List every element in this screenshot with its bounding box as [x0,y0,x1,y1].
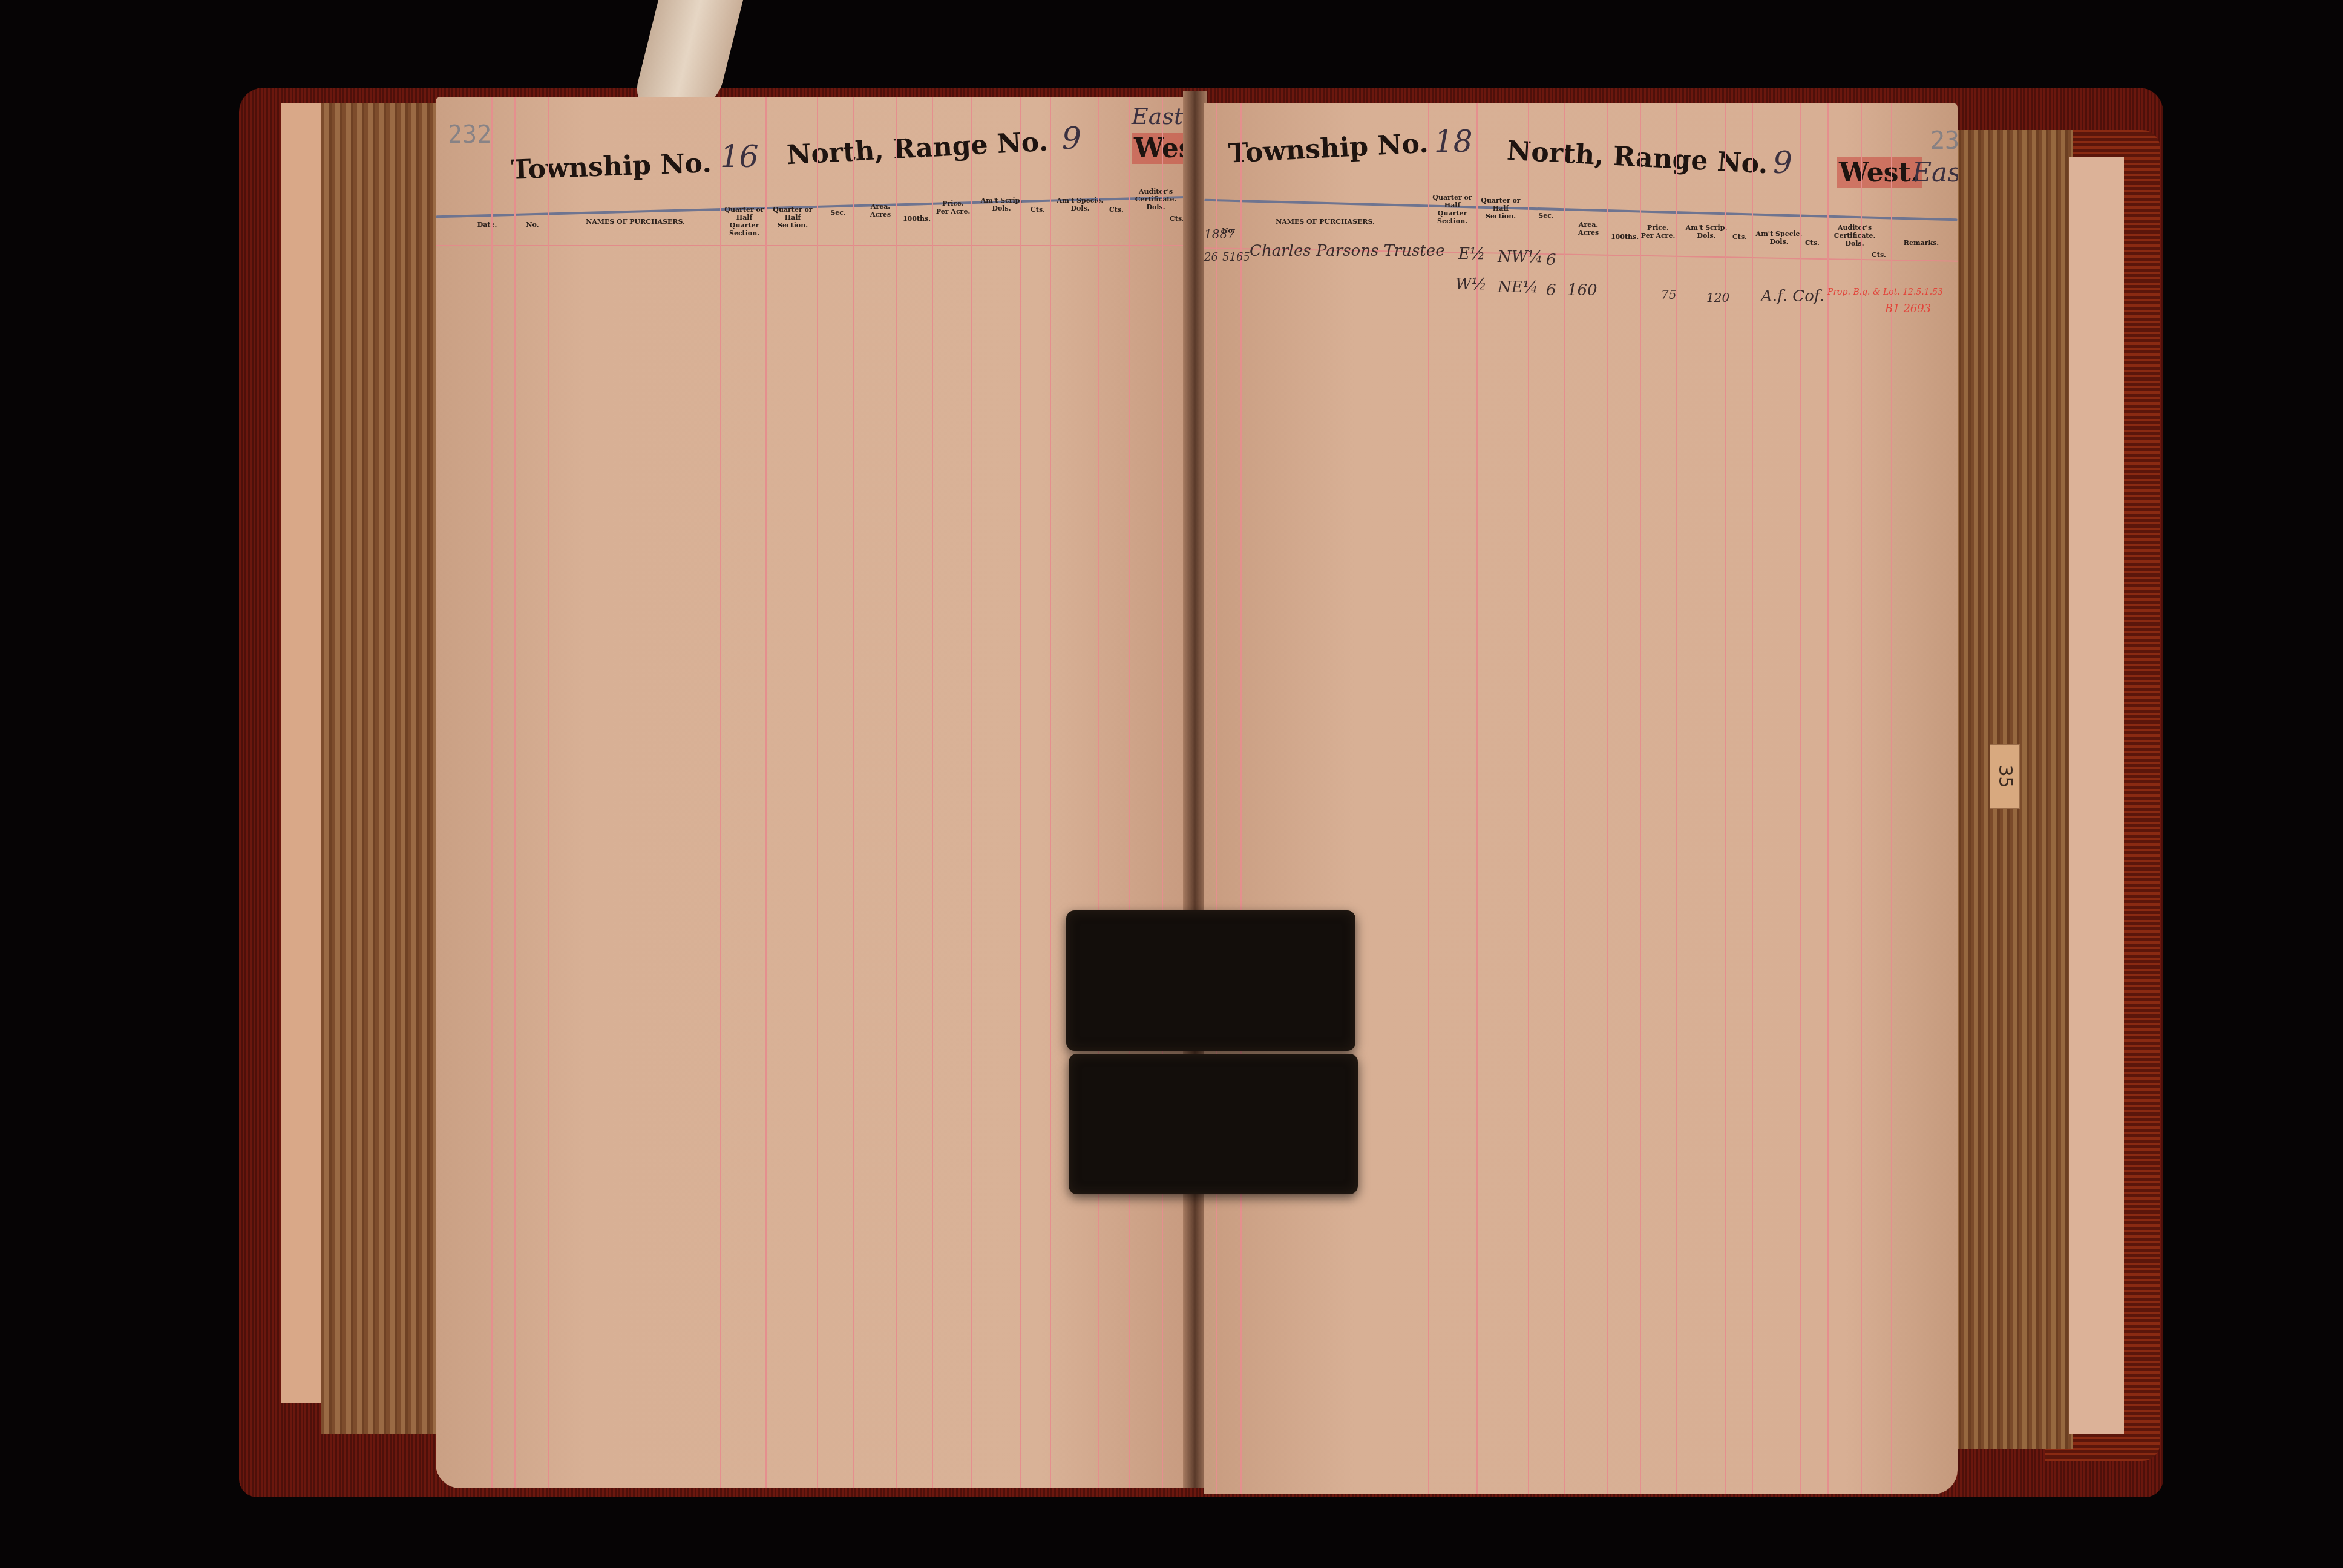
direction-handwritten: East [1912,157,1958,188]
col-rule [1240,103,1242,1494]
entry-certificate: Prop. B.g. & Lot. 12.5.1.53 [1827,287,1943,297]
north-range-label: North, Range No. [786,126,1049,171]
col-price: Price. Per Acre. [1640,224,1676,240]
book-weight-top [1066,910,1355,1051]
col-rule [1800,103,1801,1494]
entry-price: 75 [1661,287,1676,302]
col-rule [1827,103,1829,1494]
col-rule [1640,103,1641,1494]
right-page: Township No. 18 North, Range No. 9 West.… [1204,103,1958,1494]
col-specie-dols: Am't Specie. Dols. [1056,197,1104,212]
col-rule [932,97,933,1488]
col-rule [548,97,549,1488]
col-price: Price. Per Acre. [935,200,971,215]
range-value: 9 [1773,145,1792,180]
col-auditor-dols: Auditor's Certificate. Dols. [1132,188,1180,211]
col-rule [514,97,516,1488]
page-number: 233 [1930,127,1958,155]
col-rule [1129,97,1130,1488]
entry-half-2: NE¼ [1498,278,1538,296]
col-rule [1607,103,1608,1494]
township-label: Township No. [511,148,712,186]
township-value: 16 [720,139,759,174]
page-number: 232 [448,121,491,149]
township-value: 18 [1434,124,1473,159]
col-rule [1676,103,1677,1494]
entry-scrip: 120 [1706,290,1729,305]
col-sec: Sec. [1534,212,1558,220]
index-tab-label: 35 [1994,765,2016,788]
col-no: No. [520,221,545,229]
col-rule [1725,103,1726,1494]
col-quarter-half: Quarter or Half Section. [1480,197,1522,220]
north-range-label: North, Range No. [1506,136,1769,180]
index-tab[interactable]: 35 [1990,744,2020,809]
col-quarter-half: Quarter or Half Section. [772,206,814,229]
left-page-stack [321,103,442,1434]
entry-year: 1887 [1204,227,1235,241]
entry-sec-1: 6 [1546,251,1556,269]
entry-sec-2: 6 [1546,281,1556,299]
col-area-acres: Area. Acres [1567,221,1610,237]
col-rule [1752,103,1753,1494]
col-names: NAMES OF PURCHASERS. [557,218,714,226]
right-flyleaf [2069,157,2124,1434]
col-rule [971,97,972,1488]
col-scrip-cts: Cts. [1728,233,1752,241]
col-remarks: Remarks. [1894,239,1948,247]
col-rule [1162,97,1163,1488]
direction-handwritten: East [1132,103,1183,129]
col-sec: Sec. [826,209,850,217]
entry-area: 160 [1567,281,1597,299]
entry-date: 26 [1204,251,1218,264]
entry-quarter-1: E½ [1458,245,1485,263]
col-rule [491,97,493,1488]
col-rule [1020,97,1021,1488]
entry-quarter-2: W½ [1455,275,1487,293]
entry-half-1: NW¼ [1498,248,1543,266]
col-rule [817,97,818,1488]
col-rule [1216,103,1217,1494]
entry-remarks: B1 2693 [1885,302,1931,315]
col-auditor-cts: Cts. [1870,251,1888,259]
col-scrip-dols: Am't Scrip. Dols. [1682,224,1731,240]
col-date: Date. [469,221,505,229]
col-quarter-half-quarter: Quarter or Half Quarter Section. [723,206,765,237]
col-scrip-dols: Am't Scrip. Dols. [977,197,1026,212]
col-scrip-cts: Cts. [1026,206,1050,214]
header-bottom-rule [436,245,1192,246]
township-label: Township No. [1228,128,1429,169]
col-rule [896,97,897,1488]
col-rule [1428,103,1429,1494]
book-weight-bottom [1069,1054,1358,1194]
left-page: 232 Township No. 16 North, Range No. 9 W… [436,97,1192,1488]
col-area-100ths: 100ths. [1610,233,1640,241]
col-area-100ths: 100ths. [902,215,932,223]
col-rule [1528,103,1529,1494]
entry-specie: A.f. Cof. [1761,287,1824,305]
col-rule [720,97,721,1488]
direction-printed: West. [1837,157,1922,188]
entry-purchaser: Charles Parsons Trustee [1250,242,1445,260]
col-names: NAMES OF PURCHASERS. [1247,218,1404,226]
col-rule [1564,103,1565,1494]
col-rule [853,97,854,1488]
col-rule [1050,97,1051,1488]
col-rule [1098,97,1099,1488]
range-value: 9 [1062,121,1081,156]
book-gutter [1183,91,1207,1488]
col-rule [765,97,767,1488]
col-specie-cts: Cts. [1800,239,1824,247]
col-rule [1476,103,1478,1494]
col-specie-cts: Cts. [1104,206,1129,214]
col-auditor-dols: Auditor's Certificate. Dols. [1827,224,1882,247]
col-specie-dols: Am't Specie. Dols. [1755,230,1803,246]
col-quarter-half-quarter: Quarter or Half Quarter Section. [1431,194,1473,225]
entry-number: 5165 [1222,251,1250,264]
col-rule [1861,103,1862,1494]
